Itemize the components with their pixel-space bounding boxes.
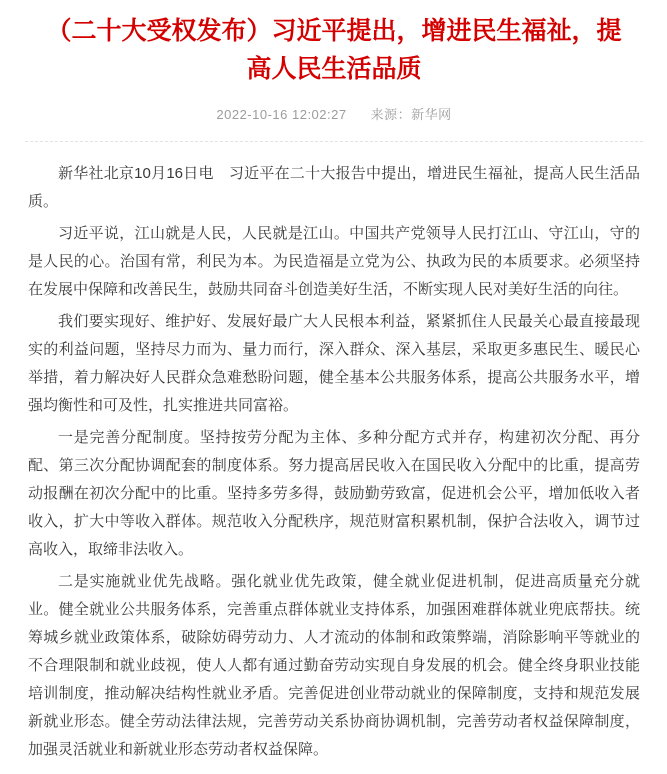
article-body: 新华社北京10月16日电 习近平在二十大报告中提出，增进民生福祉，提高人民生活品… <box>28 142 640 764</box>
paragraph-lead: 新华社北京10月16日电 习近平在二十大报告中提出，增进民生福祉，提高人民生活品… <box>28 160 640 216</box>
source-name: 新华网 <box>411 107 452 122</box>
paragraph: 二是实施就业优先战略。强化就业优先政策，健全就业促进机制，促进高质量充分就业。健… <box>28 568 640 764</box>
paragraph: 一是完善分配制度。坚持按劳分配为主体、多种分配方式并存，构建初次分配、再分配、第… <box>28 424 640 564</box>
article-meta: 2022-10-16 12:02:27来源：新华网 <box>28 104 640 123</box>
article-source: 来源：新华网 <box>371 107 452 122</box>
article-title: （二十大受权发布）习近平提出，增进民生福祉，提高人民生活品质 <box>38 12 630 88</box>
news-article: （二十大受权发布）习近平提出，增进民生福祉，提高人民生活品质 2022-10-1… <box>0 12 667 774</box>
source-label: 来源： <box>371 107 412 122</box>
paragraph: 习近平说，江山就是人民，人民就是江山。中国共产党领导人民打江山、守江山，守的是人… <box>28 220 640 304</box>
paragraph: 我们要实现好、维护好、发展好最广大人民根本利益，紧紧抓住人民最关心最直接最现实的… <box>28 308 640 420</box>
publish-datetime: 2022-10-16 12:02:27 <box>216 107 346 122</box>
